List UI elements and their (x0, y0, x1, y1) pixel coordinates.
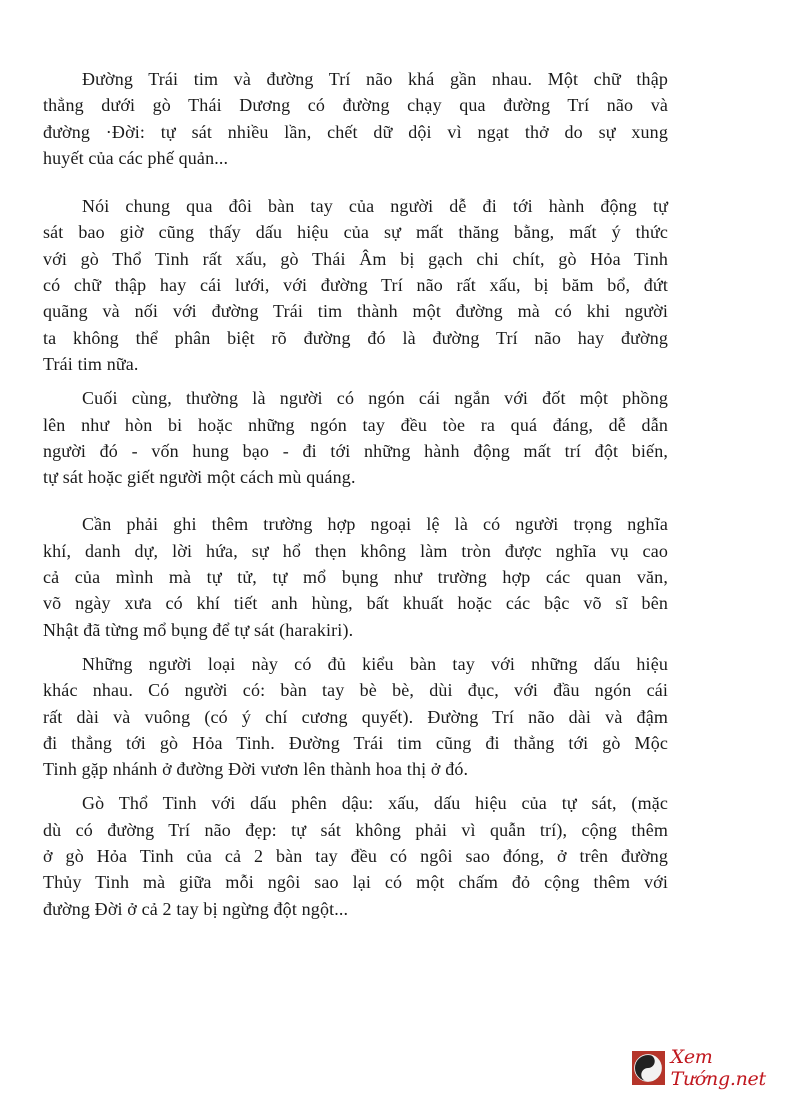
text-line: Những người loại này có đủ kiểu bàn tay … (43, 651, 668, 677)
document-page: Đường Trái tim và đường Trí não khá gần … (43, 66, 668, 922)
text-line: với gò Thổ Tinh rất xấu, gò Thái Âm bị g… (43, 246, 668, 272)
paragraph-2: Nói chung qua đôi bàn tay của người dễ đ… (43, 193, 668, 377)
text-line: có chữ thập hay cái lưới, với đường Trí … (43, 272, 668, 298)
paragraph-1: Đường Trái tim và đường Trí não khá gần … (43, 66, 668, 171)
text-line: khí, danh dự, lời hứa, sự hổ thẹn không … (43, 538, 668, 564)
text-line: cả của mình mà tự tử, tự mổ bụng như trư… (43, 564, 668, 590)
watermark-logo: Xem Tướng.net (632, 1050, 800, 1086)
text-line: võ ngày xưa có khí tiết anh hùng, bất kh… (43, 590, 668, 616)
text-line: Thủy Tinh mà giữa mỗi ngôi sao lại có mộ… (43, 869, 668, 895)
text-line: Nói chung qua đôi bàn tay của người dễ đ… (43, 193, 668, 219)
text-line: Nhật đã từng mổ bụng để tự sát (harakiri… (43, 617, 668, 643)
text-line: đường ·Đời: tự sát nhiều lần, chết dữ dộ… (43, 119, 668, 145)
text-line: ở gò Hỏa Tinh của cả 2 bàn tay đều có ng… (43, 843, 668, 869)
text-line: rất dài và vuông (có ý chí cương quyết).… (43, 704, 668, 730)
text-line: đường Đời ở cả 2 tay bị ngừng đột ngột..… (43, 896, 668, 922)
text-line: thẳng dưới gò Thái Dương có đường chạy q… (43, 92, 668, 118)
paragraph-3: Cuối cùng, thường là người có ngón cái n… (43, 385, 668, 490)
text-line: Cuối cùng, thường là người có ngón cái n… (43, 385, 668, 411)
text-line: Tinh gặp nhánh ở đường Đời vươn lên thàn… (43, 756, 668, 782)
text-line: Cần phải ghi thêm trường hợp ngoại lệ là… (43, 511, 668, 537)
text-line: đi thẳng tới gò Hỏa Tinh. Đường Trái tim… (43, 730, 668, 756)
text-line: lên như hòn bi hoặc những ngón tay đều t… (43, 412, 668, 438)
yin-yang-icon (632, 1051, 665, 1085)
text-line: huyết của các phế quản... (43, 145, 668, 171)
text-line: khác nhau. Có người có: bàn tay bè bè, d… (43, 677, 668, 703)
text-line: quãng và nối với đường Trái tim thành mộ… (43, 298, 668, 324)
paragraph-5: Những người loại này có đủ kiểu bàn tay … (43, 651, 668, 782)
text-line: Gò Thổ Tinh với dấu phên dậu: xấu, dấu h… (43, 790, 668, 816)
text-line: Đường Trái tim và đường Trí não khá gần … (43, 66, 668, 92)
text-line: tự sát hoặc giết người một cách mù quáng… (43, 464, 668, 490)
text-line: dù có đường Trí não đẹp: tự sát không ph… (43, 817, 668, 843)
watermark-text: Xem Tướng.net (671, 1046, 800, 1090)
paragraph-6: Gò Thổ Tinh với dấu phên dậu: xấu, dấu h… (43, 790, 668, 921)
text-line: ta không thể phân biệt rõ đường đó là đư… (43, 325, 668, 351)
paragraph-4: Cần phải ghi thêm trường hợp ngoại lệ là… (43, 511, 668, 642)
text-line: sát bao giờ cũng thấy dấu hiệu của sự mấ… (43, 219, 668, 245)
text-line: người đó - vốn hung bạo - đi tới những h… (43, 438, 668, 464)
text-line: Trái tim nữa. (43, 351, 668, 377)
